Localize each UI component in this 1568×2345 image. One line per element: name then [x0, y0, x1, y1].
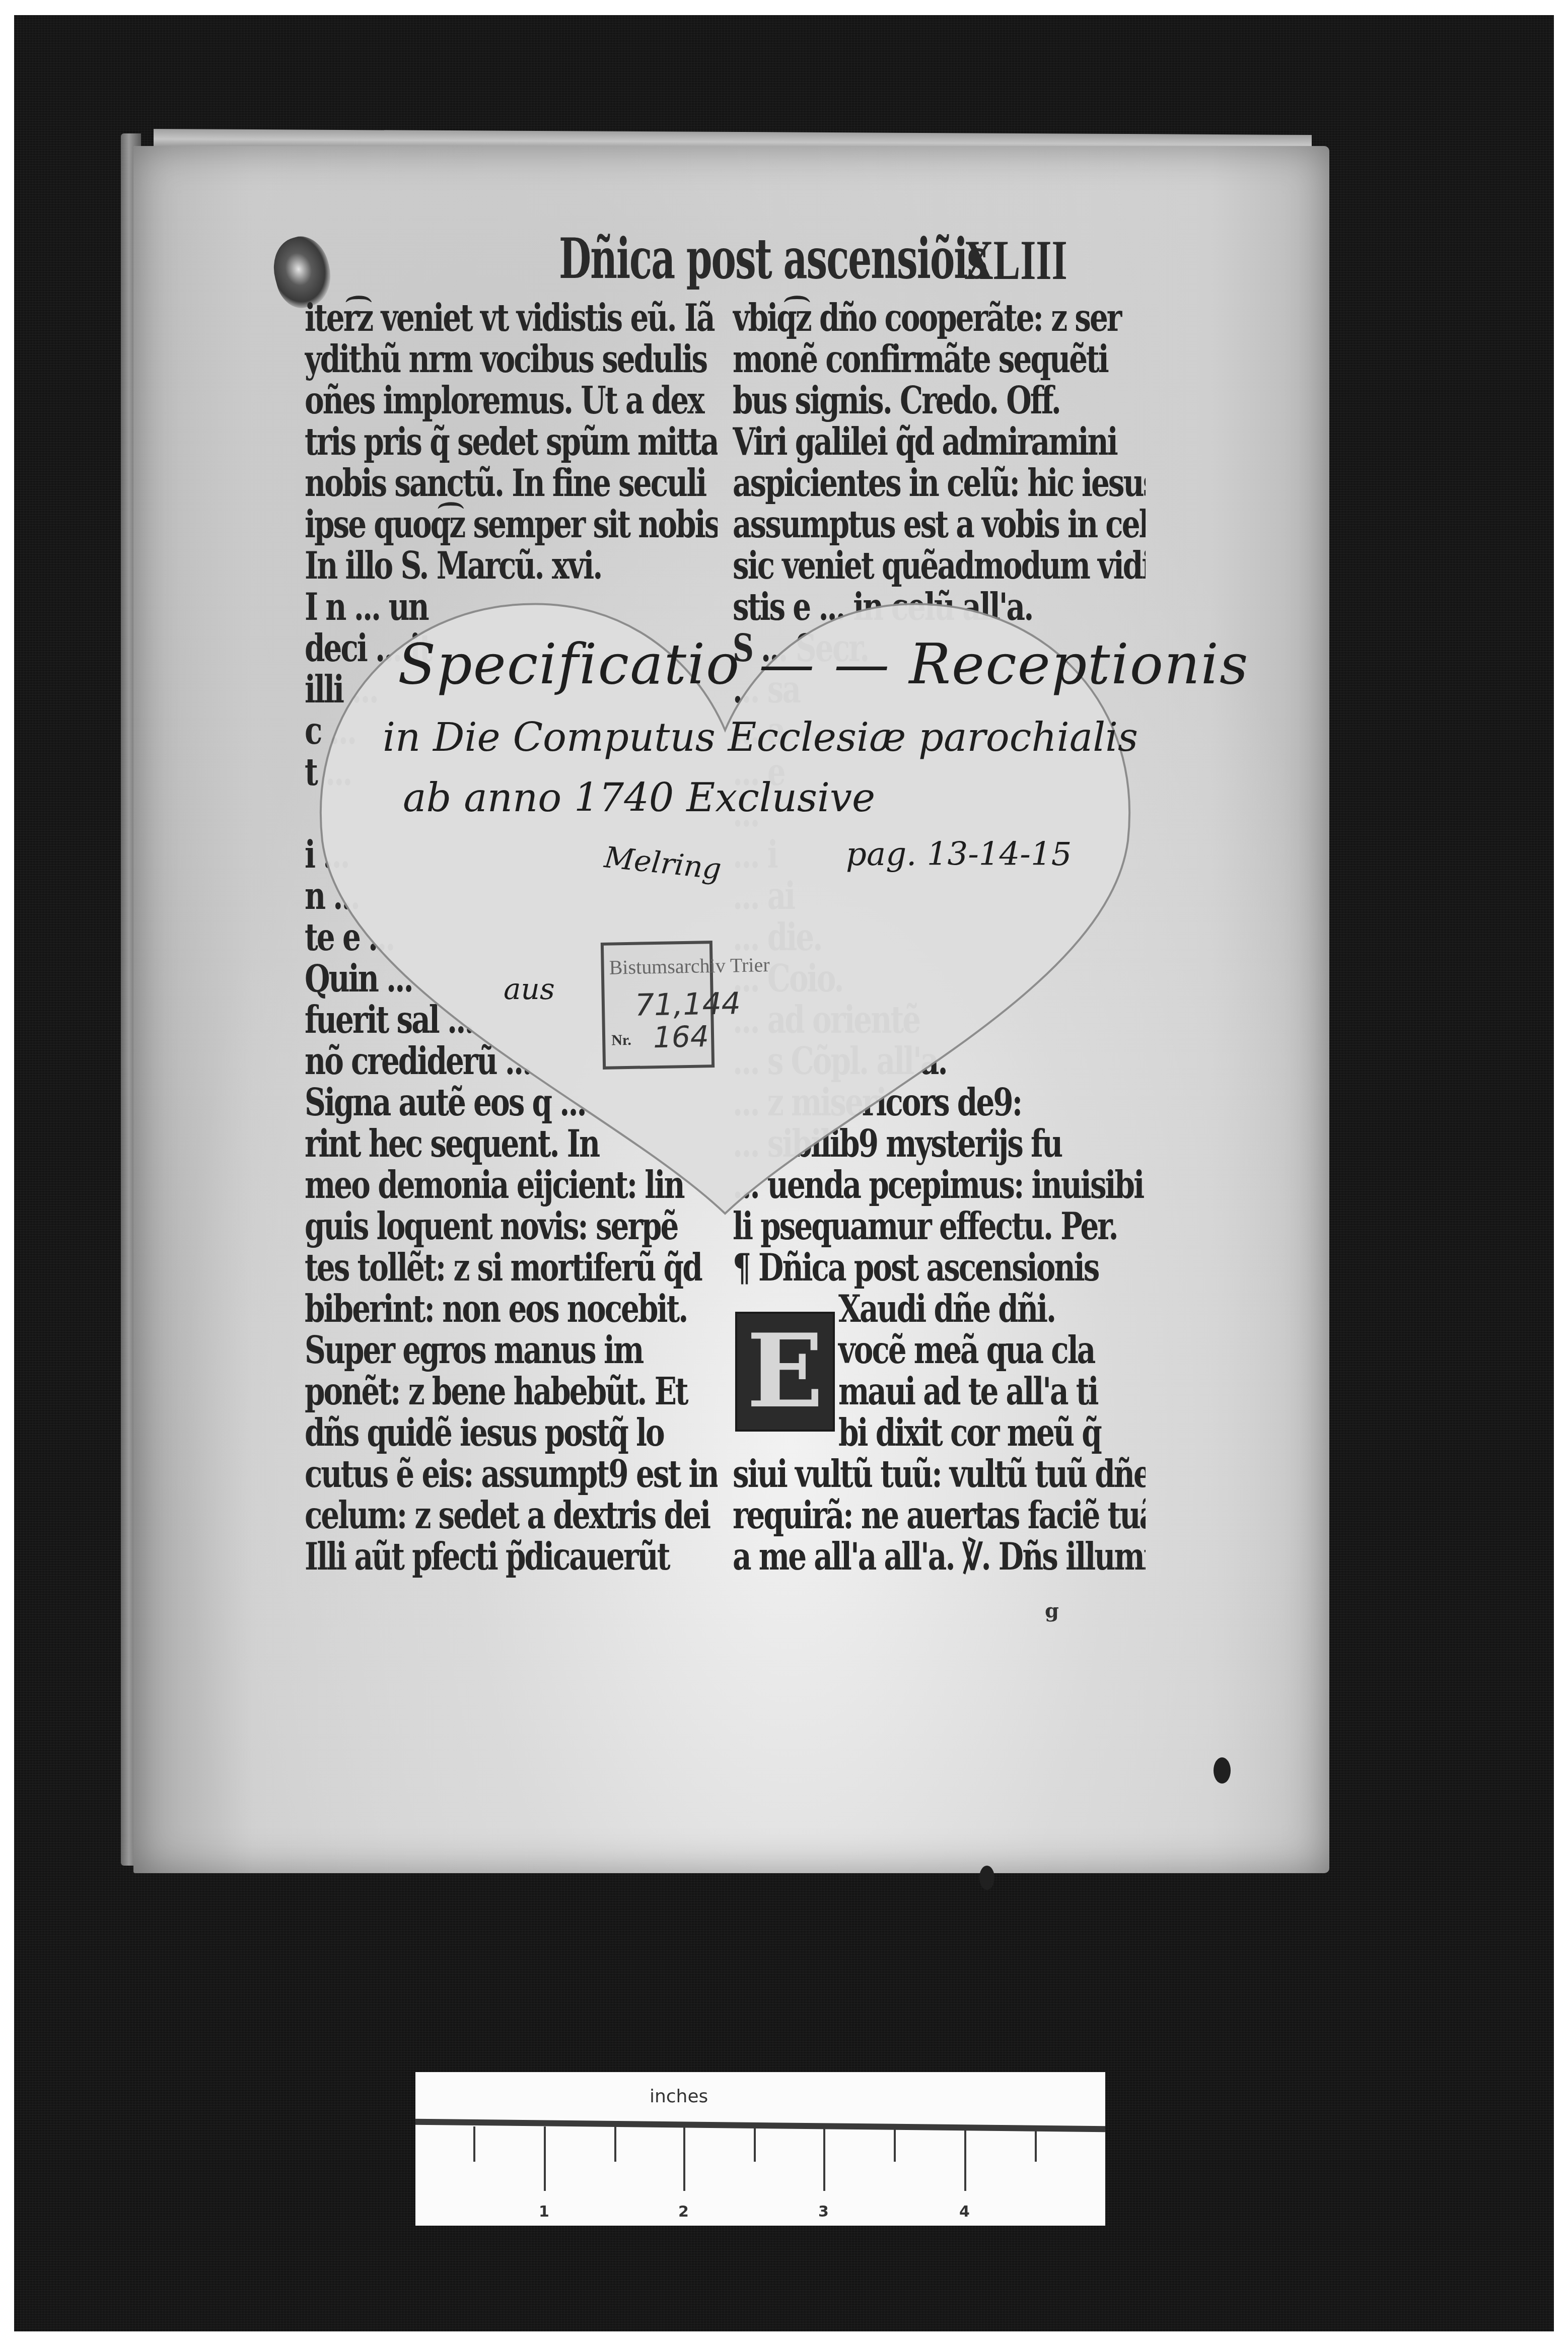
scale-ruler: inches 1 2 3 4 [415, 2072, 1105, 2226]
ruler-tick-label: 3 [818, 2203, 829, 2221]
label-aux: aus [504, 972, 555, 1006]
label-dash: — — [759, 632, 909, 696]
initial-letter: E [747, 1321, 823, 1422]
ruler-tick [1035, 2126, 1037, 2162]
stamp-abt-number: 71,144 [634, 986, 741, 1023]
ruler-tick [894, 2126, 896, 2162]
ruler-tick [544, 2126, 546, 2191]
stamp-archive-name: Bistumsarchiv Trier [609, 953, 770, 979]
ink-spot [979, 1866, 994, 1890]
archive-stamp: Bistumsarchiv Trier 71,144 Nr. 164 [601, 941, 715, 1070]
ruler-tick [964, 2126, 966, 2191]
ruler-tick-label: 2 [678, 2203, 689, 2221]
ruler-tick-label: 1 [539, 2203, 549, 2221]
signature-mark: g [1045, 1599, 1059, 1622]
ruler-tick [823, 2126, 825, 2191]
ink-spot [1214, 1757, 1231, 1784]
ruler-tick [614, 2126, 616, 2162]
ruler-bar [415, 2119, 1105, 2132]
decorated-initial: E [735, 1312, 835, 1432]
label-title: Specificatio — — Receptionis [398, 632, 1249, 696]
ruler-tick-label: 4 [959, 2203, 970, 2221]
stamp-nr-value: 164 [653, 1019, 709, 1054]
ruler-tick [683, 2126, 685, 2191]
label-title-right: Receptionis [909, 632, 1249, 696]
text-line: Illi aũt pfecti p̃dicauerũt [305, 1530, 718, 1584]
folio-number: XLIII [964, 229, 1067, 293]
ruler-tick [754, 2126, 756, 2162]
running-head: Dñica post ascensiõis [559, 227, 987, 292]
ruler-unit-label: inches [650, 2086, 708, 2107]
ruler-tick [473, 2126, 475, 2162]
label-pages: pag. 13-14-15 [846, 836, 1072, 873]
label-line-2: in Die Computus Ecclesiæ parochialis [383, 715, 1138, 760]
text-line: a me all'a all'a. ℣. Dñs illumi [733, 1530, 1146, 1584]
label-title-left: Specificatio [398, 632, 740, 696]
label-line-3: ab anno 1740 Exclusive [403, 775, 875, 821]
stamp-nr-label: Nr. [611, 1032, 631, 1049]
